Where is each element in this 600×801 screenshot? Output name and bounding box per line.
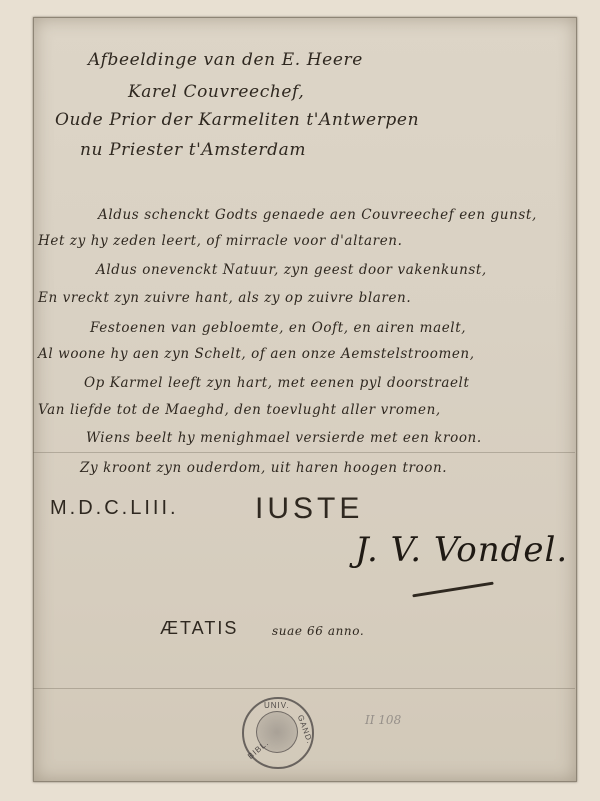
heading-line-3: Oude Prior der Karmeliten t'Antwerpen [55,110,419,130]
poem-line-3: Aldus onevenckt Natuur, zyn geest door v… [96,262,487,278]
stamp-top-text: UNIV. [264,701,290,710]
poem-line-6: Al woone hy aen zyn Schelt, of aen onze … [38,346,475,362]
heading-line-4: nu Priester t'Amsterdam [80,140,306,160]
poem-line-1: Aldus schenckt Godts genaede aen Couvree… [98,207,537,223]
poem-line-9: Wiens beelt hy menighmael versierde met … [86,430,482,446]
poem-line-7: Op Karmel leeft zyn hart, met eenen pyl … [84,375,470,391]
heading-line-1: Afbeeldinge van den E. Heere [88,50,363,70]
age-label: ÆTATIS [160,618,238,639]
heading-line-2: Karel Couvreechef, [128,82,304,102]
fold-line [33,688,575,689]
age-text: suae 66 anno. [272,624,364,638]
motto: IUSTE [255,492,363,526]
poem-line-10: Zy kroont zyn ouderdom, uit haren hoogen… [80,460,447,476]
fold-line [33,452,575,453]
poem-line-2: Het zy hy zeden leert, of mirracle voor … [38,233,403,249]
manuscript-sheet [33,17,577,782]
poem-line-4: En vreckt zyn zuivre hant, als zy op zui… [38,290,411,306]
date-roman-numerals: M.D.C.LIII. [50,497,179,520]
poem-line-5: Festoenen van gebloemte, en Ooft, en air… [90,320,466,336]
library-stamp: UNIV. GAND. BIBL. [242,697,314,769]
poem-line-8: Van liefde tot de Maeghd, den toevlught … [38,402,441,418]
shelfmark: II 108 [365,713,401,727]
signature: J. V. Vondel. [355,530,568,570]
